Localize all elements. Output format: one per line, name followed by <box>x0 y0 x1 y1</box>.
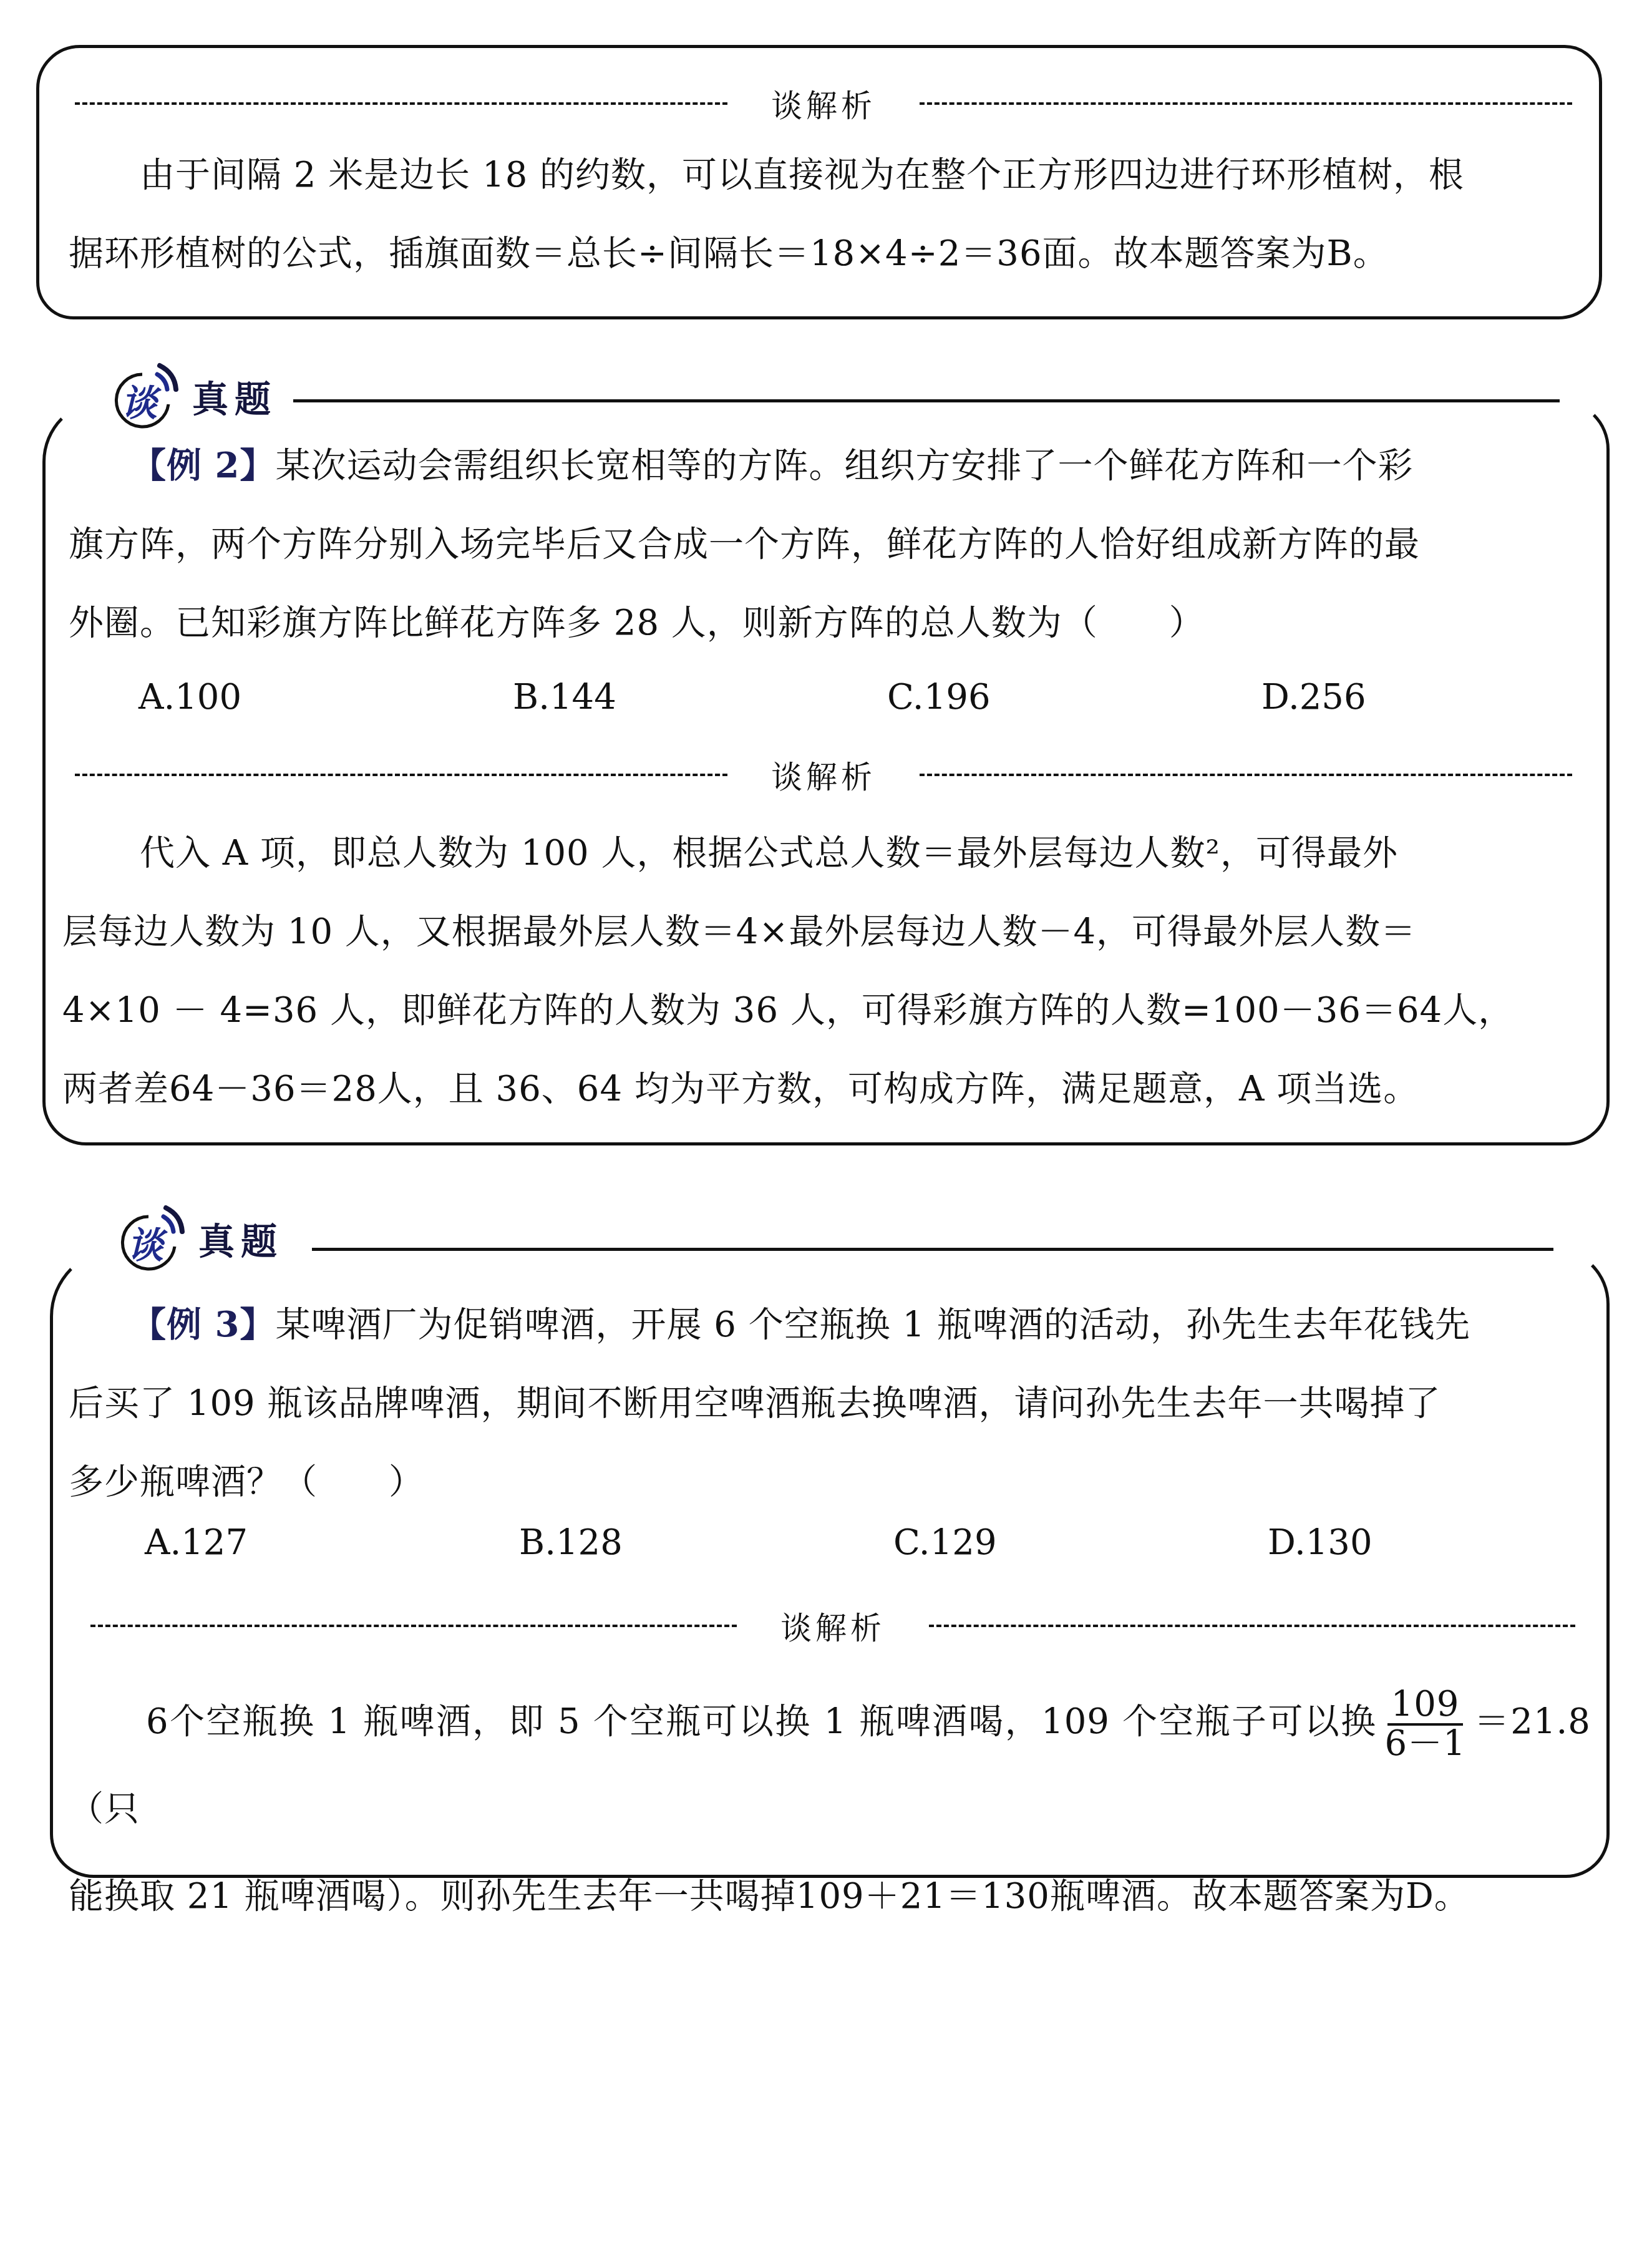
dashed-rule <box>920 774 1572 776</box>
question-line: 某次运动会需组织长宽相等的方阵。组织方安排了一个鲜花方阵和一个彩 <box>275 445 1413 486</box>
analysis-text-1: 由于间隔 2 米是边长 18 的约数，可以直接视为在整个正方形四边进行环形植树，… <box>69 136 1591 293</box>
dashed-rule <box>929 1625 1575 1627</box>
option-d: D.130 <box>1268 1522 1642 1563</box>
options-example-2: A.100 B.144 C.196 D.256 <box>138 677 1636 717</box>
option-a: A.127 <box>145 1522 519 1563</box>
question-line: 旗方阵，两个方阵分别入场完毕后又合成一个方阵，鲜花方阵的人恰好组成新方阵的最 <box>69 524 1420 565</box>
question-line: 外圈。已知彩旗方阵比鲜花方阵多 28 人，则新方阵的总人数为（ ） <box>69 603 1205 643</box>
question-line: 后买了 109 瓶该品牌啤酒，期间不断用空啤酒瓶去换啤酒，请问孙先生去年一共喝掉… <box>69 1383 1441 1424</box>
svg-text:谈: 谈 <box>127 1224 168 1266</box>
analysis-line: 据环形植树的公式，插旗面数＝总长÷间隔长＝18×4÷2＝36面。故本题答案为B。 <box>69 233 1389 274</box>
option-b: B.144 <box>513 677 887 717</box>
section-title: 真题 <box>192 370 277 422</box>
fraction-denominator: 6－1 <box>1381 1726 1469 1762</box>
analysis-line: 能换取 21 瓶啤酒喝）。则孙先生去年一共喝掉109＋21＝130瓶啤酒。故本题… <box>69 1876 1470 1917</box>
option-d: D.256 <box>1261 677 1636 717</box>
analysis-text-example-2: 代入 A 项，即总人数为 100 人，根据公式总人数＝最外层每边人数²，可得最外… <box>62 814 1591 1129</box>
analysis-label: 谈解析 <box>737 1603 929 1648</box>
analysis-line: 由于间隔 2 米是边长 18 的约数，可以直接视为在整个正方形四边进行环形植树，… <box>140 155 1464 195</box>
question-text-example-3: 【例 3】某啤酒厂为促销啤酒，开展 6 个空瓶换 1 瓶啤酒的活动，孙先生去年花… <box>69 1285 1591 1522</box>
analysis-text-example-3: 6个空瓶换 1 瓶啤酒，即 5 个空瓶可以换 1 瓶啤酒喝，109 个空瓶子可以… <box>69 1678 1591 1940</box>
fraction: 1096－1 <box>1381 1686 1469 1762</box>
question-line: 某啤酒厂为促销啤酒，开展 6 个空瓶换 1 瓶啤酒的活动，孙先生去年花钱先 <box>275 1305 1470 1345</box>
options-example-3: A.127 B.128 C.129 D.130 <box>145 1522 1642 1563</box>
option-c: C.129 <box>893 1522 1268 1563</box>
dashed-rule <box>75 102 727 105</box>
analysis-separator-3: 谈解析 <box>90 1603 1575 1648</box>
analysis-line: 两者差64－36＝28人，且 36、64 均为平方数，可构成方阵，满足题意，A … <box>62 1069 1419 1109</box>
analysis-line: 6个空瓶换 1 瓶啤酒，即 5 个空瓶可以换 1 瓶啤酒喝，109 个空瓶子可以… <box>146 1701 1377 1742</box>
header-rule <box>293 399 1560 402</box>
tan-logo-icon: 谈 <box>107 362 182 430</box>
analysis-separator-1: 谈解析 <box>75 81 1572 126</box>
tan-logo-icon: 谈 <box>114 1204 188 1273</box>
svg-text:谈: 谈 <box>121 382 162 424</box>
section-title: 真题 <box>198 1212 283 1265</box>
dashed-rule <box>75 774 727 776</box>
section-header-zhenti: 谈 真题 <box>99 362 293 430</box>
analysis-line: 代入 A 项，即总人数为 100 人，根据公式总人数＝最外层每边人数²，可得最外 <box>140 833 1398 873</box>
example-label: 【例 2】 <box>131 445 275 486</box>
analysis-label: 谈解析 <box>727 81 920 126</box>
section-header-zhenti: 谈 真题 <box>105 1204 299 1273</box>
header-rule <box>312 1248 1553 1251</box>
dashed-rule <box>920 102 1572 105</box>
analysis-line: 层每边人数为 10 人，又根据最外层人数＝4×最外层每边人数－4，可得最外层人数… <box>62 912 1416 952</box>
fraction-numerator: 109 <box>1387 1686 1464 1726</box>
analysis-line: 4×10 － 4=36 人，即鲜花方阵的人数为 36 人，可得彩旗方阵的人数=1… <box>62 990 1514 1031</box>
analysis-label: 谈解析 <box>727 752 920 797</box>
option-b: B.128 <box>519 1522 893 1563</box>
question-line: 多少瓶啤酒？（ ） <box>69 1462 424 1502</box>
option-a: A.100 <box>138 677 513 717</box>
question-text-example-2: 【例 2】某次运动会需组织长宽相等的方阵。组织方安排了一个鲜花方阵和一个彩 旗方… <box>69 426 1591 663</box>
example-label: 【例 3】 <box>131 1304 275 1345</box>
option-c: C.196 <box>887 677 1261 717</box>
dashed-rule <box>90 1625 737 1627</box>
analysis-separator-2: 谈解析 <box>75 752 1572 797</box>
